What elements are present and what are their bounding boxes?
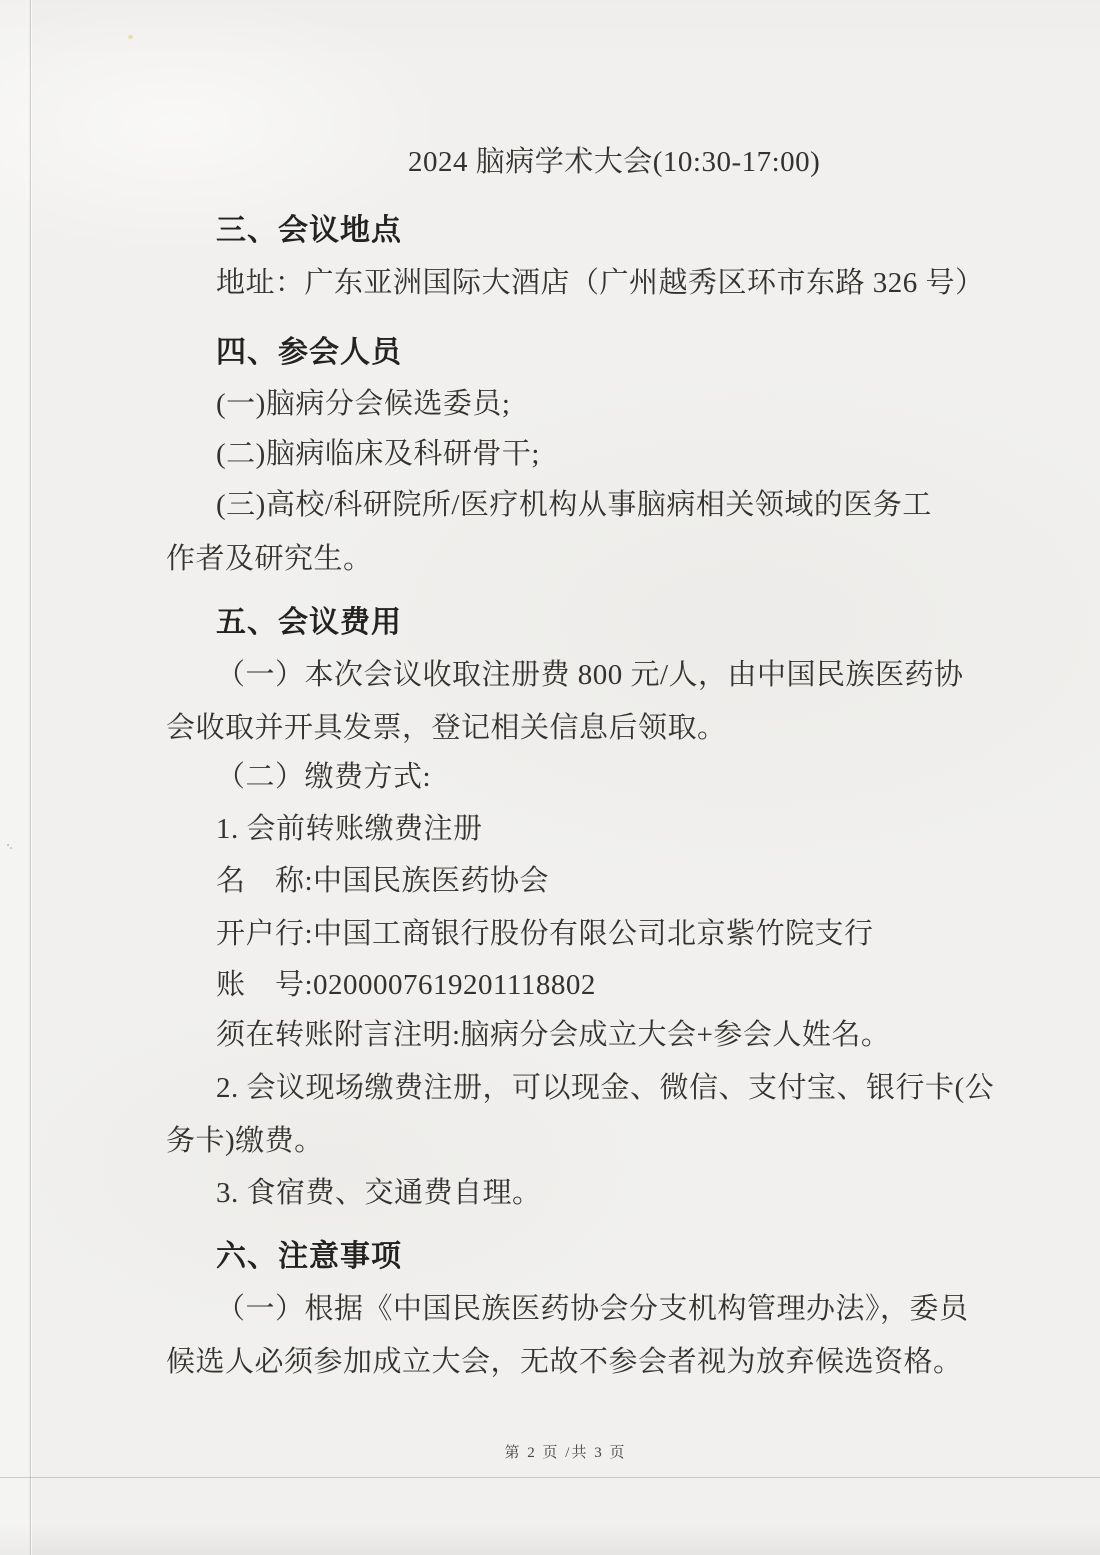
section5-pre-registration: 1. 会前转账缴费注册 [216, 812, 483, 846]
section5-account-number: 账 号:0200007619201118802 [216, 968, 596, 1002]
scan-speck-gray [7, 842, 16, 849]
section5-self-pay: 3. 食宿费、交通费自理。 [216, 1176, 542, 1210]
page-number-footer: 第 2 页 /共 3 页 [166, 1441, 965, 1462]
section6-note1-line2: 候选人必须参加成立大会，无故不参会者视为放弃候选资格。 [166, 1345, 963, 1379]
section6-note1-line1: （一）根据《中国民族医药协会分支机构管理办法》，委员 [216, 1292, 969, 1326]
scanner-margin-strip [0, 0, 30, 1555]
section5-pay-method-title: （二）缴费方式: [216, 760, 431, 794]
section5-onsite-line2: 务卡)缴费。 [166, 1124, 324, 1158]
section4-item3-line1: (三)高校/科研院所/医疗机构从事脑病相关领域的医务工 [216, 488, 932, 522]
section5-account-name: 名 称:中国民族医药协会 [216, 864, 549, 898]
section4-item1: (一)脑病分会候选委员; [216, 387, 510, 421]
section5-onsite-line1: 2. 会议现场缴费注册，可以现金、微信、支付宝、银行卡(公 [216, 1071, 994, 1105]
section5-fee-line1: （一）本次会议收取注册费 800 元/人，由中国民族医药协 [216, 658, 964, 692]
section3-address-line: 地址：广东亚洲国际大酒店（广州越秀区环市东路 326 号） [216, 266, 985, 300]
section5-heading: 五、会议费用 [216, 606, 402, 640]
scan-speck-yellow [128, 35, 133, 39]
section4-item2: (二)脑病临床及科研骨干; [216, 437, 540, 471]
scanned-document-page: 2024 脑病学术大会(10:30-17:00) 三、会议地点 地址：广东亚洲国… [0, 0, 1100, 1555]
section5-transfer-note: 须在转账附言注明:脑病分会成立大会+参会人姓名。 [216, 1018, 890, 1052]
section5-bank: 开户行:中国工商银行股份有限公司北京紫竹院支行 [216, 917, 874, 951]
section4-heading: 四、参会人员 [216, 336, 402, 370]
section6-heading: 六、注意事项 [216, 1240, 402, 1274]
section4-item3-line2: 作者及研究生。 [166, 542, 373, 576]
paper-left-edge-line [30, 0, 31, 1555]
section3-heading: 三、会议地点 [216, 214, 402, 248]
section5-fee-line2: 会收取并开具发票，登记相关信息后领取。 [166, 711, 727, 745]
agenda-continuation-line: 2024 脑病学术大会(10:30-17:00) [408, 145, 820, 179]
paper-bottom-crease-line [0, 1477, 1100, 1478]
